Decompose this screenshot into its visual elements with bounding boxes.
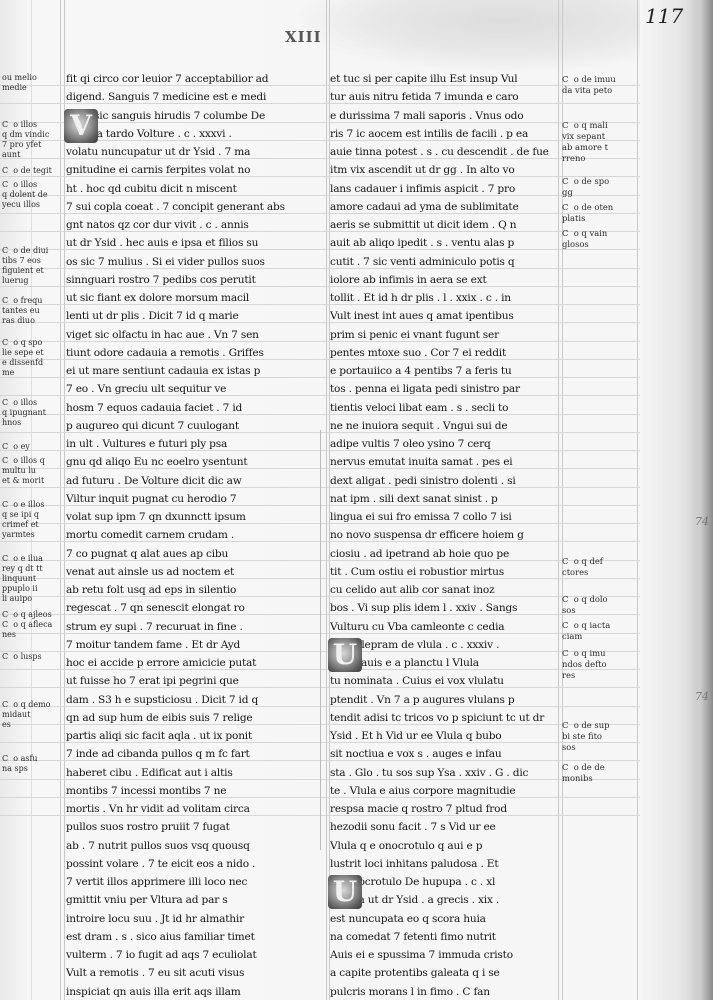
text-line: est dram . s . sico aius familiar timet — [66, 928, 324, 946]
text-line: ne ne inuiora sequit . Vngui sui de — [330, 417, 558, 435]
margin-note: C o frequ tantes eu ras diuo — [2, 296, 42, 326]
text-line: pentes mtoxe suo . Cor 7 ei reddit — [330, 344, 558, 362]
text-line: tendit adisi tc tricos vo p spiciunt tc … — [330, 709, 558, 727]
text-line: amore cadaui ad yma de sublimitate — [330, 198, 558, 216]
text-line: prim si penic ei vnant fugunt ser — [330, 326, 558, 344]
text-line: ciosiu . ad ipetrand ab hoie quo pe — [330, 545, 558, 563]
text-line: Ysid . Et h Vid ur ee Vlula q bubo — [330, 727, 558, 745]
text-line: regescat . 7 qn senescit elongat ro — [66, 599, 324, 617]
text-line: tit . Cum ostiu ei robustior mirtus — [330, 563, 558, 581]
text-line: hoc ei accide p errore amicicie putat — [66, 654, 324, 672]
text-line: Ultur a tardo Volture . c . xxxvi . — [66, 125, 324, 143]
margin-note: C o illos q dm vindic 7 pro yfet aunt — [2, 120, 49, 160]
text-line: ptendit . Vn 7 a p augures vlulans p — [330, 691, 558, 709]
text-line: introire locu suu . Jt id hr almathir — [66, 910, 324, 928]
pencil-mark: 74 — [695, 690, 709, 703]
ruling-line — [558, 0, 559, 1000]
text-line: inspiciat qn auis illa erit aqs illam — [66, 983, 324, 1000]
margin-note: C o q demo midaut es — [2, 700, 51, 730]
text-line: tientis veloci libat eam . s . secli to — [330, 399, 558, 417]
text-line: sit noctiua e vox s . auges e infau — [330, 745, 558, 763]
text-line: Viltur inquit pugnat cu herodio 7 — [66, 490, 324, 508]
text-line: sanat lepram de vlula . c . xxxiv . — [330, 636, 558, 654]
text-line: tu nominata . Cuius ei vox vlulatu — [330, 672, 558, 690]
text-line: volat sup ipm 7 qn dxunnctt ipsum — [66, 508, 324, 526]
text-line: cinal sic sanguis hirudis 7 columbe De — [66, 107, 324, 125]
text-line: venat aut ainsle us ad noctem et — [66, 563, 324, 581]
margin-note: C o e illos q se ipi q crimef et yarmtes — [2, 500, 44, 540]
ruling-line — [326, 0, 327, 1000]
text-line: gnu qd aliqo Eu nc eoelro ysentunt — [66, 453, 324, 471]
text-line: te . Vlula e aius corpore magnitudie — [330, 782, 558, 800]
text-line: sinnguari rostro 7 pedibs cos perutit — [66, 271, 324, 289]
text-line: Ulula auis e a planctu l Vlula — [330, 654, 558, 672]
ruling-line — [64, 0, 65, 1000]
text-line: gnt natos qz cor dur vivit . c . annis — [66, 216, 324, 234]
text-line: respsa macie q rostro 7 pltud frod — [330, 800, 558, 818]
text-line: ris 7 ic aocem est intilis de facili . p… — [330, 125, 558, 143]
margin-note: C o q spo lie sepe et e dissenfd me — [2, 338, 44, 378]
margin-note: C o de imuu da vita peto — [562, 74, 616, 96]
text-line: mortu comedit carnem crudam . — [66, 526, 324, 544]
text-line: et tuc si per capite illu Est insup Vul — [330, 70, 558, 88]
decorated-initial: V — [64, 109, 98, 143]
margin-note: C o q iacta ciam — [562, 620, 610, 642]
text-line: tollit . Et id h dr plis . l . xxix . c … — [330, 289, 558, 307]
margin-note: C o illos q dolent de yecu illos — [2, 180, 48, 210]
text-line: possint volare . 7 te eicit eos a nido . — [66, 855, 324, 873]
margin-note: C o lusps — [2, 652, 42, 662]
text-line: os sic 7 mulius . Si ei vider pullos suo… — [66, 253, 324, 271]
text-line: Auis ei e spussima 7 immuda cristo — [330, 946, 558, 964]
text-line: nat ipm . sili dext sanat sinist . p — [330, 490, 558, 508]
margin-note: C o de spo gg — [562, 176, 609, 198]
text-line: de onocrotulo De hupupa . c . xl — [330, 873, 558, 891]
text-line: pullos suos rostro pruiit 7 fugat — [66, 818, 324, 836]
text-line: ut dr Ysid . hec auis e ipsa et filios s… — [66, 234, 324, 252]
margin-note: C o de de monibs — [562, 762, 605, 784]
text-line: digend. Sanguis 7 medicine est e medi — [66, 88, 324, 106]
text-line: strum ey supi . 7 recuruat in fine . — [66, 618, 324, 636]
text-line: 7 co pugnat q alat aues ap cibu — [66, 545, 324, 563]
text-line: tur auis nitru fetida 7 imunda e caro — [330, 88, 558, 106]
text-line: pulcris morans l in fimo . C fan — [330, 983, 558, 1000]
running-head: XIII — [285, 28, 322, 46]
text-line: 7 inde ad cibanda pullos q m fc fart — [66, 745, 324, 763]
text-line: Vlula q e onocrotulo q aui e p — [330, 837, 558, 855]
right-text-column: et tuc si per capite illu Est insup Vult… — [330, 70, 558, 1000]
text-line: na comedat 7 fetenti fimo nutrit — [330, 928, 558, 946]
text-line: Vulturu cu Vba camleonte c cedia — [330, 618, 558, 636]
text-line: tos . penna ei ligata pedi sinistro par — [330, 380, 558, 398]
text-line: lingua ei sui fro emissa 7 collo 7 isi — [330, 508, 558, 526]
text-line: gnitudine ei carnis ferpites volat no — [66, 161, 324, 179]
text-line: nervus emutat inuita samat . pes ei — [330, 453, 558, 471]
text-line: ab . 7 nutrit pullos suos vsq quousq — [66, 837, 324, 855]
text-line: ut sic fiant ex dolore morsum macil — [66, 289, 324, 307]
text-line: viget sic olfactu in hac aue . Vn 7 sen — [66, 326, 324, 344]
text-line: haberet cibu . Edificat aut i altis — [66, 764, 324, 782]
left-text-column: fit qi circo cor leuior 7 acceptabilior … — [66, 70, 324, 1000]
decorated-initial: U — [328, 875, 362, 909]
text-line: auit ab aliqo ipedit . s . ventu alas p — [330, 234, 558, 252]
text-line: lenti ut dr plis . Dicit 7 id q marie — [66, 307, 324, 325]
parchment-damage — [300, 0, 640, 70]
folio-number: 117 — [645, 4, 683, 28]
margin-note: C o q vain glosos — [562, 228, 607, 250]
text-line: Vult a remotis . 7 eu sit acuti visus — [66, 964, 324, 982]
text-line: bos . Vi sup plis idem l . xxiv . Sangs — [330, 599, 558, 617]
text-line: a capite protentibs galeata q i se — [330, 964, 558, 982]
text-line: e portauiico a 4 pentibs 7 a feris tu — [330, 362, 558, 380]
text-line: e durissima 7 mali saporis . Vnus odo — [330, 107, 558, 125]
text-line: sta . Glo . tu sos sup Ysa . xxiv . G . … — [330, 764, 558, 782]
text-line: 7 vertit illos apprimere illi loco nec — [66, 873, 324, 891]
text-line: cutit . 7 sic venti adminiculo potis q — [330, 253, 558, 271]
text-line: partis aliqi sic facit aqla . ut ix poni… — [66, 727, 324, 745]
text-line: fit qi circo cor leuior 7 acceptabilior … — [66, 70, 324, 88]
text-line: montibs 7 incessi montibs 7 ne — [66, 782, 324, 800]
text-line: qn ad sup hum de eibis suis 7 relige — [66, 709, 324, 727]
pencil-mark: 74 — [695, 515, 709, 528]
text-line: no novo suspensa dr efficere hoiem g — [330, 526, 558, 544]
text-line: itm vix ascendit ut dr gg . In alto vo — [330, 161, 558, 179]
margin-note: C o e ilua rey q dt tt linquunt ppuplo i… — [2, 554, 43, 604]
text-line: cu celido aut alib cor sanat inoz — [330, 581, 558, 599]
text-line: aeris se submittit ut dicit idem . Q n — [330, 216, 558, 234]
margin-note: C o de sup bi ste fito sos — [562, 720, 609, 753]
text-line: auie tinna potest . s . cu descendit . d… — [330, 143, 558, 161]
text-line: dext aligat . pedi sinistro dolenti . si — [330, 472, 558, 490]
margin-note: ou melio medie — [2, 73, 37, 93]
margin-note: C o q imu ndos defto res — [562, 648, 607, 681]
text-line: Vult inest int aues q amat ipentibus — [330, 307, 558, 325]
margin-note: C o ey — [2, 442, 30, 452]
text-line: est nuncupata eo q scora huia — [330, 910, 558, 928]
margin-note: C o de oten platis — [562, 202, 613, 224]
ruling-line — [60, 0, 61, 1000]
text-line: lans cadauer i infimis aspicit . 7 pro — [330, 180, 558, 198]
manuscript-page: 117 XIII fit qi circo cor leuior 7 accep… — [0, 0, 713, 1000]
decorated-initial: U — [328, 638, 362, 672]
text-line: ei ut mare sentiunt cadauia ex istas p — [66, 362, 324, 380]
margin-note: C o q dolo sos — [562, 594, 608, 616]
text-line: adipe vultis 7 oleo ysino 7 cerq — [330, 435, 558, 453]
text-line: mortis . Vn hr vidit ad volitam circa — [66, 800, 324, 818]
margin-note: C o q mali vix sepant ab amore t rreno — [562, 120, 608, 164]
text-line: ht . hoc qd cubitu dicit n miscent — [66, 180, 324, 198]
page-edge-shadow — [691, 0, 713, 1000]
text-line: hosm 7 equos cadauia faciet . 7 id — [66, 399, 324, 417]
text-line: lustrit loci inhitans paludosa . Et — [330, 855, 558, 873]
text-line: ad futuru . De Volture dicit dic aw — [66, 472, 324, 490]
ruling-line — [637, 0, 638, 1000]
text-line: in ult . Vultures e futuri ply psa — [66, 435, 324, 453]
pen-flourish — [320, 430, 321, 850]
margin-note: C o asfu na sps — [2, 754, 38, 774]
margin-note: C o q ajleos C o q afleca nes — [2, 610, 52, 640]
text-line: 7 eo . Vn greciu ult sequitur ve — [66, 380, 324, 398]
text-line: p augureo qui dicunt 7 cuulogant — [66, 417, 324, 435]
margin-note: C o illos q multu lu et & morit — [2, 456, 45, 486]
text-line: dam . S3 h e supsticiosu . Dicit 7 id q — [66, 691, 324, 709]
margin-note: C o q def ctores — [562, 556, 603, 578]
text-line: ut fuisse ho 7 erat ipi pegrini que — [66, 672, 324, 690]
text-line: 7 sui copla coeat . 7 concipit generant … — [66, 198, 324, 216]
margin-note: C o de diui tibs 7 eos figuient et lueru… — [2, 246, 48, 286]
margin-note: C o illos q ipugnant hnos — [2, 398, 46, 428]
text-line: vulterm . 7 io fugit ad aqs 7 eculiolat — [66, 946, 324, 964]
text-line: gmittit vniu per Vltura ad par s — [66, 891, 324, 909]
text-line: volatu nuncupatur ut dr Ysid . 7 ma — [66, 143, 324, 161]
text-line: tiunt odore cadauia a remotis . Griffes — [66, 344, 324, 362]
text-line: ab retu folt usq ad eps in silentio — [66, 581, 324, 599]
text-line: 7 moitur tandem fame . Et dr Ayd — [66, 636, 324, 654]
margin-note: C o de tegit — [2, 166, 52, 176]
text-line: Upupa ut dr Ysid . a grecis . xix . — [330, 891, 558, 909]
text-line: iolore ab infimis in aera se ext — [330, 271, 558, 289]
text-line: hezodii sonu facit . 7 s Vid ur ee — [330, 818, 558, 836]
